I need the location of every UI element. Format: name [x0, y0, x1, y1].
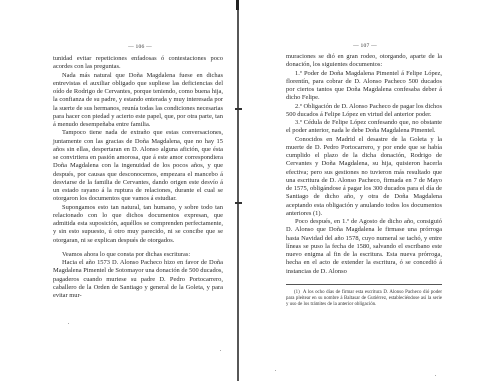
footnote-text: A los ocho días de firmar esta escritura…: [286, 290, 442, 307]
paragraph: Hacia el año 1573 D. Alonso Pacheco hizo…: [53, 259, 223, 300]
page-number: — 106 —: [100, 44, 180, 50]
footnote-marker: (1): [294, 290, 300, 295]
paragraph: Supongamos esto tan natural, tan humano,…: [53, 204, 223, 245]
list-item: 1.º Poder de Doña Magdalena Pimentel á F…: [286, 70, 442, 103]
book-spread: — 106 — tunidad evitar repeticiones enfa…: [0, 0, 480, 381]
page-body: tunidad evitar repeticiones enfadosas ó …: [53, 55, 223, 300]
gutter-tick-mark: [235, 202, 242, 204]
list-item: 3.º Cédula de Felipe López confesando qu…: [286, 119, 442, 136]
footnote-rule: [286, 284, 442, 285]
paragraph: Tampoco tiene nada de extraño que estas …: [53, 129, 223, 203]
book-gutter: [237, 0, 239, 381]
scan-speck: [275, 370, 276, 371]
page-body: muraciones se dió en gran rodeo, otorgan…: [286, 53, 442, 276]
paragraph: Conocidos en Madrid el desastre de la Go…: [286, 136, 442, 219]
scan-speck: [220, 350, 221, 351]
paragraph: Nada más natural que Doña Magdalena fues…: [53, 72, 223, 130]
footnote: (1) A los ocho días de firmar esta escri…: [286, 290, 442, 309]
paragraph: tunidad evitar repeticiones enfadosas ó …: [53, 55, 223, 72]
scan-speck: [68, 323, 69, 324]
page-number: — 107 —: [325, 43, 405, 49]
scan-speck: [435, 375, 436, 376]
paragraph: Poco después, en 1.º de Agosto de dicho …: [286, 218, 442, 276]
gutter-tick-mark: [235, 108, 242, 110]
paragraph: muraciones se dió en gran rodeo, otorgan…: [286, 53, 442, 70]
paragraph: Veamos ahora lo que consta por dichas es…: [53, 251, 223, 259]
list-item: 2.º Obligación de D. Alonso Pacheco de p…: [286, 103, 442, 120]
gutter-binding-mark: [236, 0, 239, 10]
